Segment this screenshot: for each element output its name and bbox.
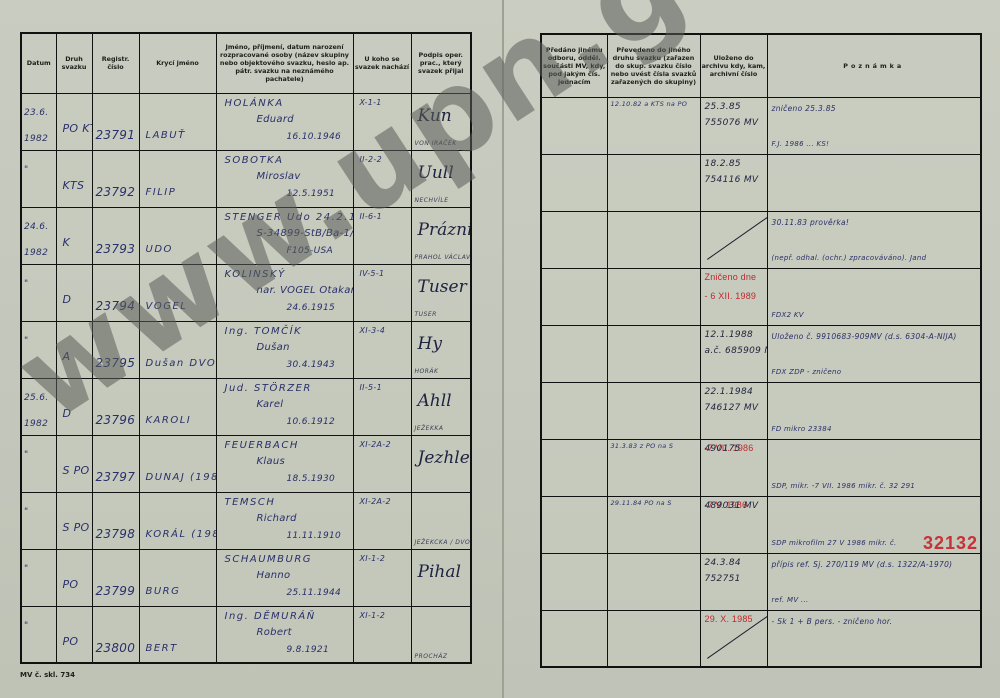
cell-u-koho: II-6-1 bbox=[353, 207, 411, 264]
cell-prevedeno bbox=[607, 211, 700, 268]
druh-value: D bbox=[63, 407, 72, 420]
cell-prevedeno bbox=[607, 268, 700, 325]
u-koho-value: XI-1-2 bbox=[360, 554, 386, 563]
poznamka-line-2: SDP mikrofilm 27 V 1986 mikr. č. bbox=[772, 539, 897, 547]
header-datum: Datum bbox=[21, 33, 56, 93]
cell-ulozeno: 18.2.85 754116 MV bbox=[700, 154, 767, 211]
ulozeno-date: 490175 bbox=[705, 444, 741, 454]
table-row: " PO 23799 BURG SCHAUMBURG Hanno 25.11.1… bbox=[21, 549, 471, 606]
datum-value: 24.6. 1982 bbox=[24, 214, 54, 265]
cell-podpis: Hy HORÁK bbox=[411, 321, 471, 378]
poznamka-line-2: FDX2 KV bbox=[772, 311, 804, 319]
osoba-firstname: S-34899-StB/Ba-1/4/II bbox=[257, 228, 354, 239]
registr-value: 23798 bbox=[96, 527, 136, 541]
osoba-firstname: Karel bbox=[257, 399, 284, 410]
druh-value: PO KTS bbox=[63, 122, 93, 135]
osoba-surname: TEMSCH bbox=[225, 497, 276, 508]
ulozeno-date: 12.1.1988 bbox=[705, 330, 754, 340]
signature-name: NECHVÍLE bbox=[415, 197, 449, 204]
cell-predano bbox=[541, 97, 607, 154]
cell-predano bbox=[541, 325, 607, 382]
cell-poznamka: - Sk 1 + B pers. - zničeno hor. bbox=[767, 610, 981, 667]
cell-u-koho: X-1-1 bbox=[353, 93, 411, 150]
cell-druh: S PO bbox=[56, 492, 92, 549]
cell-druh: D bbox=[56, 264, 92, 321]
header-predano: Předáno jinému odboru, odděl. součásti M… bbox=[541, 34, 607, 97]
u-koho-value: II-2-2 bbox=[360, 155, 382, 164]
signature-name: PROCHÁZ bbox=[415, 653, 448, 660]
datum-value: " bbox=[24, 613, 54, 639]
ulozeno-date: 22.1.1984 bbox=[705, 387, 754, 397]
table-row: 23.6. 1982 PO KTS 23791 LABUŤ HOLÁNKA Ed… bbox=[21, 93, 471, 150]
kryci-value: KORÁL (1986) FEMŽE bbox=[146, 529, 217, 540]
cell-registr: 23791 bbox=[92, 93, 139, 150]
cell-kryci: KORÁL (1986) FEMŽE bbox=[139, 492, 216, 549]
cell-kryci: BURG bbox=[139, 549, 216, 606]
cell-predano bbox=[541, 553, 607, 610]
kryci-value: BURG bbox=[146, 586, 181, 597]
osoba-surname: KOLINSKÝ bbox=[225, 269, 286, 280]
cell-kryci: VOGEL bbox=[139, 264, 216, 321]
osoba-birthdate: 25.11.1944 bbox=[287, 588, 342, 598]
header-poznamka: Poznámka bbox=[767, 34, 981, 97]
cell-osoba: TEMSCH Richard 11.11.1910 bbox=[216, 492, 353, 549]
table-row: 22.1.1984 746127 MV FD mikro 23384 bbox=[541, 382, 981, 439]
cell-druh: KTS bbox=[56, 150, 92, 207]
cell-u-koho: XI-1-2 bbox=[353, 606, 411, 663]
kryci-value: KAROLI bbox=[146, 415, 192, 426]
table-row: 31.3.83 z PO na S -7 VII. 1986 490175 SD… bbox=[541, 439, 981, 496]
table-row: Zničeno dne - 6 XII. 1989 FDX2 KV bbox=[541, 268, 981, 325]
osoba-birthdate: 18.5.1930 bbox=[287, 474, 336, 484]
table-row: " PO 23800 BERT Ing. DĚMURÁŇ Robert 9.8.… bbox=[21, 606, 471, 663]
kryci-value: BERT bbox=[146, 643, 178, 654]
osoba-firstname: Richard bbox=[257, 513, 297, 524]
cell-datum: " bbox=[21, 321, 56, 378]
cell-podpis: Tuser TUSER bbox=[411, 264, 471, 321]
cell-u-koho: II-5-1 bbox=[353, 378, 411, 435]
osoba-birthdate: F105-USA bbox=[287, 246, 333, 256]
header-osoba: Jméno, příjmení, datum narození rozpraco… bbox=[216, 33, 353, 93]
ulozeno-date: 25.3.85 bbox=[705, 102, 741, 112]
kryci-value: VOGEL bbox=[146, 301, 188, 312]
cell-podpis: JEŽEKCKA / DVOŘÁK bbox=[411, 492, 471, 549]
header-ulozeno: Uloženo do archivu kdy, kam, archivní čí… bbox=[700, 34, 767, 97]
cell-datum: 25.6. 1982 bbox=[21, 378, 56, 435]
ulozeno-archive-number: 754116 MV bbox=[705, 175, 759, 185]
ulozeno-archive-number: 752751 bbox=[705, 574, 741, 584]
druh-value: S PO bbox=[63, 521, 90, 534]
registr-value: 23792 bbox=[96, 185, 136, 199]
cell-predano bbox=[541, 211, 607, 268]
cell-poznamka: 30.11.83 prověrka! (nepř. odhal. (ochr.)… bbox=[767, 211, 981, 268]
cell-predano bbox=[541, 268, 607, 325]
cell-registr: 23792 bbox=[92, 150, 139, 207]
cell-predano bbox=[541, 382, 607, 439]
cell-podpis: Jezhler bbox=[411, 435, 471, 492]
cell-ulozeno: 25.3.85 755076 MV bbox=[700, 97, 767, 154]
registr-value: 23795 bbox=[96, 356, 136, 370]
ulozeno-stamp: 29. X. 1985 bbox=[705, 614, 753, 624]
signature-name: JEŽEKKA bbox=[415, 425, 444, 432]
header-registr-cislo: Registr. číslo bbox=[92, 33, 139, 93]
osoba-birthdate: 30.4.1943 bbox=[287, 360, 336, 370]
cell-druh: S PO bbox=[56, 435, 92, 492]
cell-ulozeno: 24.3.84 752751 bbox=[700, 553, 767, 610]
cell-osoba: FEUERBACH Klaus 18.5.1930 bbox=[216, 435, 353, 492]
cell-datum: 24.6. 1982 bbox=[21, 207, 56, 264]
druh-value: KTS bbox=[63, 179, 85, 192]
cell-ulozeno: 29. X. 1985 bbox=[700, 610, 767, 667]
poznamka-line-1: zničeno 25.3.85 bbox=[772, 104, 836, 113]
osoba-firstname: Dušan bbox=[257, 342, 290, 353]
cell-druh: PO KTS bbox=[56, 93, 92, 150]
osoba-birthdate: 12.5.1951 bbox=[287, 189, 336, 199]
osoba-birthdate: 10.6.1912 bbox=[287, 417, 336, 427]
strike-slash-mark bbox=[707, 211, 768, 260]
cell-registr: 23793 bbox=[92, 207, 139, 264]
cell-datum: " bbox=[21, 150, 56, 207]
poznamka-line-1: 30.11.83 prověrka! bbox=[772, 218, 850, 227]
signature: Jezhler bbox=[418, 448, 472, 468]
osoba-firstname: Eduard bbox=[257, 114, 294, 125]
microfilm-stamp-number: 32132 bbox=[923, 533, 978, 554]
osoba-surname: Jud. STÖRZER bbox=[225, 383, 312, 394]
datum-value: 25.6. 1982 bbox=[24, 385, 54, 436]
prevedeno-value: 12.10.82 a KTS na PO bbox=[611, 100, 688, 108]
cell-poznamka: SDP mikrofilm 27 V 1986 mikr. č. 32132 bbox=[767, 496, 981, 553]
registr-value: 23793 bbox=[96, 242, 136, 256]
form-code: MV č. skl. 734 bbox=[20, 671, 75, 679]
cell-prevedeno: 29.11.84 PO na S bbox=[607, 496, 700, 553]
cell-predano bbox=[541, 610, 607, 667]
header-druh-svazku: Druh svazku bbox=[56, 33, 92, 93]
u-koho-value: IV-5-1 bbox=[360, 269, 385, 278]
signature-name: PRAHOL VÁCLAV bbox=[415, 254, 471, 261]
cell-druh: A bbox=[56, 321, 92, 378]
cell-osoba: Ing. TOMČÍK Dušan 30.4.1943 bbox=[216, 321, 353, 378]
poznamka-line-1: Uloženo č. 9910683-909MV (d.s. 6304-A-NI… bbox=[772, 332, 957, 341]
ulozeno-stamp-date: - 6 XII. 1989 bbox=[705, 291, 757, 301]
registry-ledger-right: Předáno jinému odboru, odděl. součásti M… bbox=[540, 33, 982, 668]
cell-osoba: Ing. DĚMURÁŇ Robert 9.8.1921 bbox=[216, 606, 353, 663]
cell-kryci: DUNAJ (1985) ARCH bbox=[139, 435, 216, 492]
signature-name: HORÁK bbox=[415, 368, 439, 375]
cell-ulozeno bbox=[700, 211, 767, 268]
left-header-row: Datum Druh svazku Registr. číslo Krycí j… bbox=[21, 33, 471, 93]
druh-value: PO bbox=[63, 578, 79, 591]
cell-osoba: Jud. STÖRZER Karel 10.6.1912 bbox=[216, 378, 353, 435]
cell-osoba: HOLÁNKA Eduard 16.10.1946 bbox=[216, 93, 353, 150]
signature: Hy bbox=[418, 334, 442, 354]
cell-osoba: KOLINSKÝ nar. VOGEL Otakar 24.6.1915 bbox=[216, 264, 353, 321]
kryci-value: UDO bbox=[146, 244, 173, 255]
ulozeno-date: 18.2.85 bbox=[705, 159, 741, 169]
u-koho-value: X-1-1 bbox=[360, 98, 382, 107]
cell-ulozeno: -7 V. 1986 489031 MV bbox=[700, 496, 767, 553]
cell-predano bbox=[541, 439, 607, 496]
osoba-firstname: Hanno bbox=[257, 570, 291, 581]
cell-druh: PO bbox=[56, 549, 92, 606]
cell-datum: " bbox=[21, 264, 56, 321]
datum-value: 23.6. 1982 bbox=[24, 100, 54, 151]
registr-value: 23800 bbox=[96, 641, 136, 655]
poznamka-line-1: přípis ref. Sj. 270/119 MV (d.s. 1322/A-… bbox=[772, 560, 953, 569]
cell-u-koho: XI-1-2 bbox=[353, 549, 411, 606]
kryci-value: Dušan DVOŘÁK bbox=[146, 358, 217, 369]
cell-kryci: BERT bbox=[139, 606, 216, 663]
cell-registr: 23795 bbox=[92, 321, 139, 378]
kryci-value: FILIP bbox=[146, 187, 177, 198]
cell-poznamka: FD mikro 23384 bbox=[767, 382, 981, 439]
cell-registr: 23798 bbox=[92, 492, 139, 549]
signature: Uull bbox=[418, 163, 454, 183]
table-row: 12.10.82 a KTS na PO 25.3.85 755076 MV z… bbox=[541, 97, 981, 154]
cell-registr: 23797 bbox=[92, 435, 139, 492]
cell-poznamka bbox=[767, 154, 981, 211]
druh-value: PO bbox=[63, 635, 79, 648]
cell-podpis: Ahll JEŽEKKA bbox=[411, 378, 471, 435]
cell-kryci: FILIP bbox=[139, 150, 216, 207]
poznamka-line-2: (nepř. odhal. (ochr.) zpracováváno). Jan… bbox=[772, 254, 927, 262]
cell-datum: " bbox=[21, 606, 56, 663]
cell-osoba: SOBOTKA Miroslav 12.5.1951 bbox=[216, 150, 353, 207]
cell-druh: D bbox=[56, 378, 92, 435]
cell-poznamka: SDP, mikr. -7 VII. 1986 mikr. č. 32 291 bbox=[767, 439, 981, 496]
cell-druh: K bbox=[56, 207, 92, 264]
cell-podpis: Pihal bbox=[411, 549, 471, 606]
cell-predano bbox=[541, 496, 607, 553]
cell-kryci: LABUŤ bbox=[139, 93, 216, 150]
header-kryci-jmeno: Krycí jméno bbox=[139, 33, 216, 93]
table-row: 25.6. 1982 D 23796 KAROLI Jud. STÖRZER K… bbox=[21, 378, 471, 435]
table-row: " S PO 23797 DUNAJ (1985) ARCH FEUERBACH… bbox=[21, 435, 471, 492]
cell-podpis: Uull NECHVÍLE bbox=[411, 150, 471, 207]
cell-poznamka: Uloženo č. 9910683-909MV (d.s. 6304-A-NI… bbox=[767, 325, 981, 382]
osoba-birthdate: 24.6.1915 bbox=[287, 303, 336, 313]
cell-prevedeno: 31.3.83 z PO na S bbox=[607, 439, 700, 496]
osoba-birthdate: 9.8.1921 bbox=[287, 645, 329, 655]
druh-value: A bbox=[63, 350, 71, 363]
cell-poznamka: přípis ref. Sj. 270/119 MV (d.s. 1322/A-… bbox=[767, 553, 981, 610]
ulozeno-date: 489031 MV bbox=[705, 501, 759, 511]
osoba-surname: FEUERBACH bbox=[225, 440, 299, 451]
u-koho-value: XI-3-4 bbox=[360, 326, 386, 335]
cell-prevedeno bbox=[607, 382, 700, 439]
osoba-surname: HOLÁNKA bbox=[225, 98, 284, 109]
cell-prevedeno bbox=[607, 610, 700, 667]
table-row: 24.3.84 752751 přípis ref. Sj. 270/119 M… bbox=[541, 553, 981, 610]
header-u-koho: U koho se svazek nachází bbox=[353, 33, 411, 93]
ulozeno-archive-number: a.č. 685909 MV bbox=[705, 346, 768, 356]
osoba-surname: SOBOTKA bbox=[225, 155, 284, 166]
cell-datum: 23.6. 1982 bbox=[21, 93, 56, 150]
cell-u-koho: XI-2A-2 bbox=[353, 435, 411, 492]
registr-value: 23799 bbox=[96, 584, 136, 598]
u-koho-value: II-5-1 bbox=[360, 383, 382, 392]
cell-prevedeno bbox=[607, 154, 700, 211]
cell-prevedeno: 12.10.82 a KTS na PO bbox=[607, 97, 700, 154]
poznamka-line-2: F.J. 1986 ... KS! bbox=[772, 140, 830, 148]
poznamka-line-2: SDP, mikr. -7 VII. 1986 mikr. č. 32 291 bbox=[772, 482, 916, 490]
cell-registr: 23796 bbox=[92, 378, 139, 435]
ulozeno-date: 24.3.84 bbox=[705, 558, 741, 568]
signature: Kun bbox=[418, 106, 452, 126]
osoba-firstname: Klaus bbox=[257, 456, 286, 467]
u-koho-value: XI-2A-2 bbox=[360, 440, 391, 449]
poznamka-line-2: FD mikro 23384 bbox=[772, 425, 832, 433]
u-koho-value: XI-1-2 bbox=[360, 611, 386, 620]
signature: Tuser bbox=[418, 277, 467, 297]
cell-registr: 23800 bbox=[92, 606, 139, 663]
cell-u-koho: II-2-2 bbox=[353, 150, 411, 207]
datum-value: " bbox=[24, 556, 54, 582]
registr-value: 23797 bbox=[96, 470, 136, 484]
table-row: 30.11.83 prověrka! (nepř. odhal. (ochr.)… bbox=[541, 211, 981, 268]
druh-value: S PO bbox=[63, 464, 90, 477]
cell-registr: 23799 bbox=[92, 549, 139, 606]
cell-osoba: STENGER Udo 24.2.1917 S-34899-StB/Ba-1/4… bbox=[216, 207, 353, 264]
table-row: 12.1.1988 a.č. 685909 MV Uloženo č. 9910… bbox=[541, 325, 981, 382]
cell-druh: PO bbox=[56, 606, 92, 663]
poznamka-line-2: ref. MV ... bbox=[772, 596, 809, 604]
cell-datum: " bbox=[21, 435, 56, 492]
cell-kryci: KAROLI bbox=[139, 378, 216, 435]
registry-ledger-left: Datum Druh svazku Registr. číslo Krycí j… bbox=[20, 32, 472, 664]
cell-registr: 23794 bbox=[92, 264, 139, 321]
cell-poznamka: FDX2 KV bbox=[767, 268, 981, 325]
cell-podpis: PROCHÁZ bbox=[411, 606, 471, 663]
datum-value: " bbox=[24, 271, 54, 297]
ulozeno-stamp: Zničeno dne bbox=[705, 272, 757, 282]
poznamka-line-1: - Sk 1 + B pers. - zničeno hor. bbox=[772, 617, 893, 626]
cell-prevedeno bbox=[607, 553, 700, 610]
datum-value: " bbox=[24, 499, 54, 525]
signature: Práznik bbox=[418, 220, 472, 240]
signature: Pihal bbox=[418, 562, 461, 582]
cell-u-koho: XI-2A-2 bbox=[353, 492, 411, 549]
cell-kryci: UDO bbox=[139, 207, 216, 264]
signature: Ahll bbox=[418, 391, 452, 411]
datum-value: " bbox=[24, 157, 54, 183]
signature-name: JEŽEKCKA / DVOŘÁK bbox=[415, 539, 472, 546]
registr-value: 23796 bbox=[96, 413, 136, 427]
osoba-birthdate: 16.10.1946 bbox=[287, 132, 342, 142]
cell-ulozeno: -7 VII. 1986 490175 bbox=[700, 439, 767, 496]
table-row: " KTS 23792 FILIP SOBOTKA Miroslav 12.5.… bbox=[21, 150, 471, 207]
datum-value: " bbox=[24, 328, 54, 354]
registr-value: 23791 bbox=[96, 128, 136, 142]
druh-value: K bbox=[63, 236, 71, 249]
table-row: " A 23795 Dušan DVOŘÁK Ing. TOMČÍK Dušan… bbox=[21, 321, 471, 378]
ulozeno-archive-number: 746127 MV bbox=[705, 403, 759, 413]
table-row: 29. X. 1985 - Sk 1 + B pers. - zničeno h… bbox=[541, 610, 981, 667]
datum-value: " bbox=[24, 442, 54, 468]
osoba-firstname: Robert bbox=[257, 627, 292, 638]
osoba-surname: SCHAUMBURG bbox=[225, 554, 313, 565]
table-row: " S PO 23798 KORÁL (1986) FEMŽE TEMSCH R… bbox=[21, 492, 471, 549]
book-gutter bbox=[502, 0, 504, 698]
table-row: 18.2.85 754116 MV bbox=[541, 154, 981, 211]
prevedeno-value: 29.11.84 PO na S bbox=[611, 499, 672, 507]
signature-name: VON IRAČEK bbox=[415, 140, 457, 147]
cell-u-koho: IV-5-1 bbox=[353, 264, 411, 321]
prevedeno-value: 31.3.83 z PO na S bbox=[611, 442, 674, 450]
registr-value: 23794 bbox=[96, 299, 136, 313]
druh-value: D bbox=[63, 293, 72, 306]
osoba-firstname: Miroslav bbox=[257, 171, 301, 182]
cell-datum: " bbox=[21, 549, 56, 606]
osoba-surname: Ing. TOMČÍK bbox=[225, 326, 303, 337]
table-row: " D 23794 VOGEL KOLINSKÝ nar. VOGEL Otak… bbox=[21, 264, 471, 321]
table-row: 24.6. 1982 K 23793 UDO STENGER Udo 24.2.… bbox=[21, 207, 471, 264]
cell-podpis: Práznik PRAHOL VÁCLAV bbox=[411, 207, 471, 264]
cell-osoba: SCHAUMBURG Hanno 25.11.1944 bbox=[216, 549, 353, 606]
signature-name: TUSER bbox=[415, 311, 437, 318]
cell-podpis: Kun VON IRAČEK bbox=[411, 93, 471, 150]
cell-ulozeno: Zničeno dne - 6 XII. 1989 bbox=[700, 268, 767, 325]
right-header-row: Předáno jinému odboru, odděl. součásti M… bbox=[541, 34, 981, 97]
kryci-value: LABUŤ bbox=[146, 130, 186, 141]
cell-ulozeno: 22.1.1984 746127 MV bbox=[700, 382, 767, 439]
poznamka-line-2: FDX ZDP - zničeno bbox=[772, 368, 842, 376]
osoba-birthdate: 11.11.1910 bbox=[287, 531, 342, 541]
cell-poznamka: zničeno 25.3.85 F.J. 1986 ... KS! bbox=[767, 97, 981, 154]
u-koho-value: XI-2A-2 bbox=[360, 497, 391, 506]
header-podpis: Podpis oper. prac., který svazek přijal bbox=[411, 33, 471, 93]
osoba-surname: Ing. DĚMURÁŇ bbox=[225, 611, 316, 622]
cell-ulozeno: 12.1.1988 a.č. 685909 MV bbox=[700, 325, 767, 382]
table-row: 29.11.84 PO na S -7 V. 1986 489031 MV SD… bbox=[541, 496, 981, 553]
cell-prevedeno bbox=[607, 325, 700, 382]
u-koho-value: II-6-1 bbox=[360, 212, 382, 221]
ulozeno-archive-number: 755076 MV bbox=[705, 118, 759, 128]
osoba-firstname: nar. VOGEL Otakar bbox=[257, 285, 354, 296]
header-prevedeno: Převedeno do jiného druhu svazku (zařaze… bbox=[607, 34, 700, 97]
cell-datum: " bbox=[21, 492, 56, 549]
kryci-value: DUNAJ (1985) ARCH bbox=[146, 472, 217, 483]
cell-kryci: Dušan DVOŘÁK bbox=[139, 321, 216, 378]
cell-predano bbox=[541, 154, 607, 211]
cell-u-koho: XI-3-4 bbox=[353, 321, 411, 378]
osoba-surname: STENGER Udo 24.2.1917 bbox=[225, 212, 354, 223]
